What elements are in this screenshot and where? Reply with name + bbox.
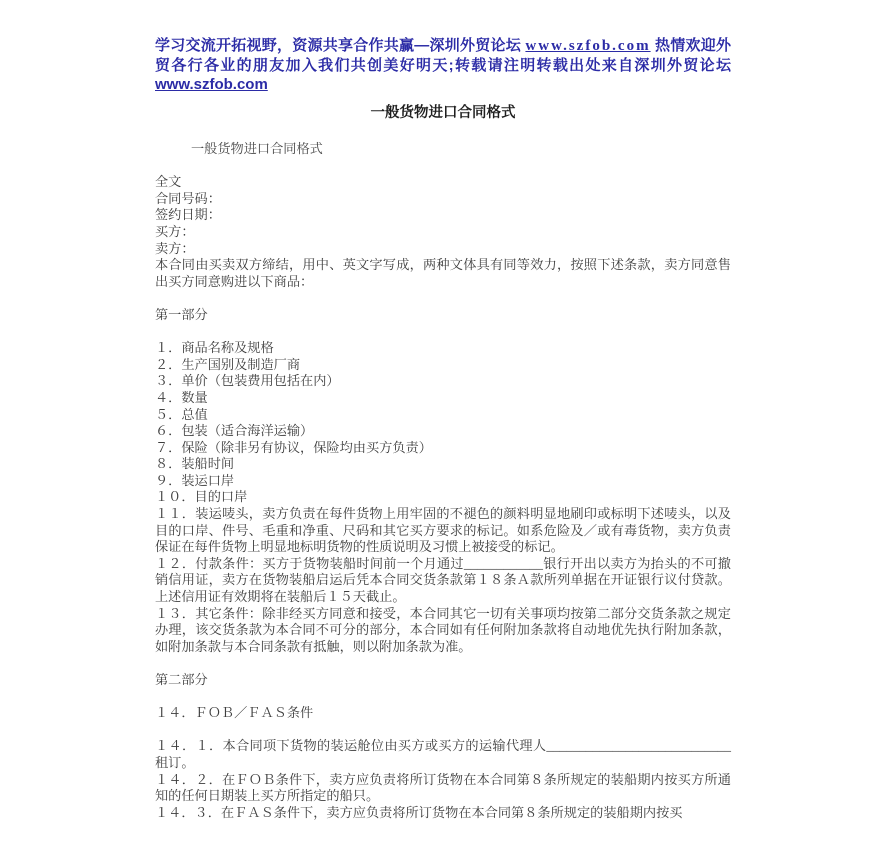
text-line: ９．装运口岸: [155, 473, 731, 490]
text-line: 一般货物进口合同格式: [155, 141, 731, 158]
text-line: 第二部分: [155, 672, 731, 689]
text-line: ３．单价（包装费用包括在内）: [155, 373, 731, 390]
text-line: 本合同由买卖双方缔结，用中、英文字写成，两种文体具有同等效力，按照下述条款，卖方…: [155, 257, 731, 290]
forum-link-1[interactable]: www.szfob.com: [525, 38, 650, 54]
document-body: 一般货物进口合同格式 全文合同号码：签约日期：买方：卖方：本合同由买卖双方缔结，…: [155, 141, 731, 821]
blank-line: [155, 158, 731, 175]
text-line: ４．数量: [155, 390, 731, 407]
text-line: １４．１．本合同项下货物的装运舱位由买方或买方的运输代理人___________…: [155, 738, 731, 771]
forum-promo-segment-1: 学习交流开拓视野，资源共享合作共赢—深圳外贸论坛: [155, 37, 525, 54]
blank-line: [155, 655, 731, 672]
forum-link-2[interactable]: www.szfob.com: [155, 76, 268, 93]
text-line: １１．装运唛头，卖方负责在每件货物上用牢固的不褪色的颜料明显地刷印或标明下述唛头…: [155, 506, 731, 556]
document-title: 一般货物进口合同格式: [155, 101, 731, 122]
blank-line: [155, 290, 731, 307]
text-line: １４．ＦＯＢ／ＦＡＳ条件: [155, 705, 731, 722]
blank-line: [155, 722, 731, 739]
text-line: １０．目的口岸: [155, 489, 731, 506]
text-line: １４．３．在ＦＡＳ条件下，卖方应负责将所订货物在本合同第８条所规定的装船期内按买: [155, 805, 731, 822]
text-line: 卖方：: [155, 241, 731, 258]
blank-line: [155, 324, 731, 341]
text-line: 第一部分: [155, 307, 731, 324]
text-line: ８．装船时间: [155, 456, 731, 473]
text-line: 买方：: [155, 224, 731, 241]
text-line: 签约日期：: [155, 207, 731, 224]
text-line: ６．包装（适合海洋运输）: [155, 423, 731, 440]
text-line: 合同号码：: [155, 191, 731, 208]
text-line: １２．付款条件：买方于货物装船时间前一个月通过____________银行开出以…: [155, 556, 731, 606]
text-line: １．商品名称及规格: [155, 340, 731, 357]
text-line: ５．总值: [155, 407, 731, 424]
text-line: ２．生产国别及制造厂商: [155, 357, 731, 374]
blank-line: [155, 689, 731, 706]
forum-promo-text: 学习交流开拓视野，资源共享合作共赢—深圳外贸论坛 www.szfob.com 热…: [155, 36, 731, 94]
document-page: 学习交流开拓视野，资源共享合作共赢—深圳外贸论坛 www.szfob.com 热…: [0, 0, 870, 842]
document-content: 学习交流开拓视野，资源共享合作共赢—深圳外贸论坛 www.szfob.com 热…: [155, 36, 731, 821]
text-line: ７．保险（除非另有协议，保险均由买方负责）: [155, 440, 731, 457]
text-line: 全文: [155, 174, 731, 191]
text-line: １３．其它条件：除非经买方同意和接受，本合同其它一切有关事项均按第二部分交货条款…: [155, 606, 731, 656]
text-line: １４．２．在ＦＯＢ条件下，卖方应负责将所订货物在本合同第８条所规定的装船期内按买…: [155, 772, 731, 805]
